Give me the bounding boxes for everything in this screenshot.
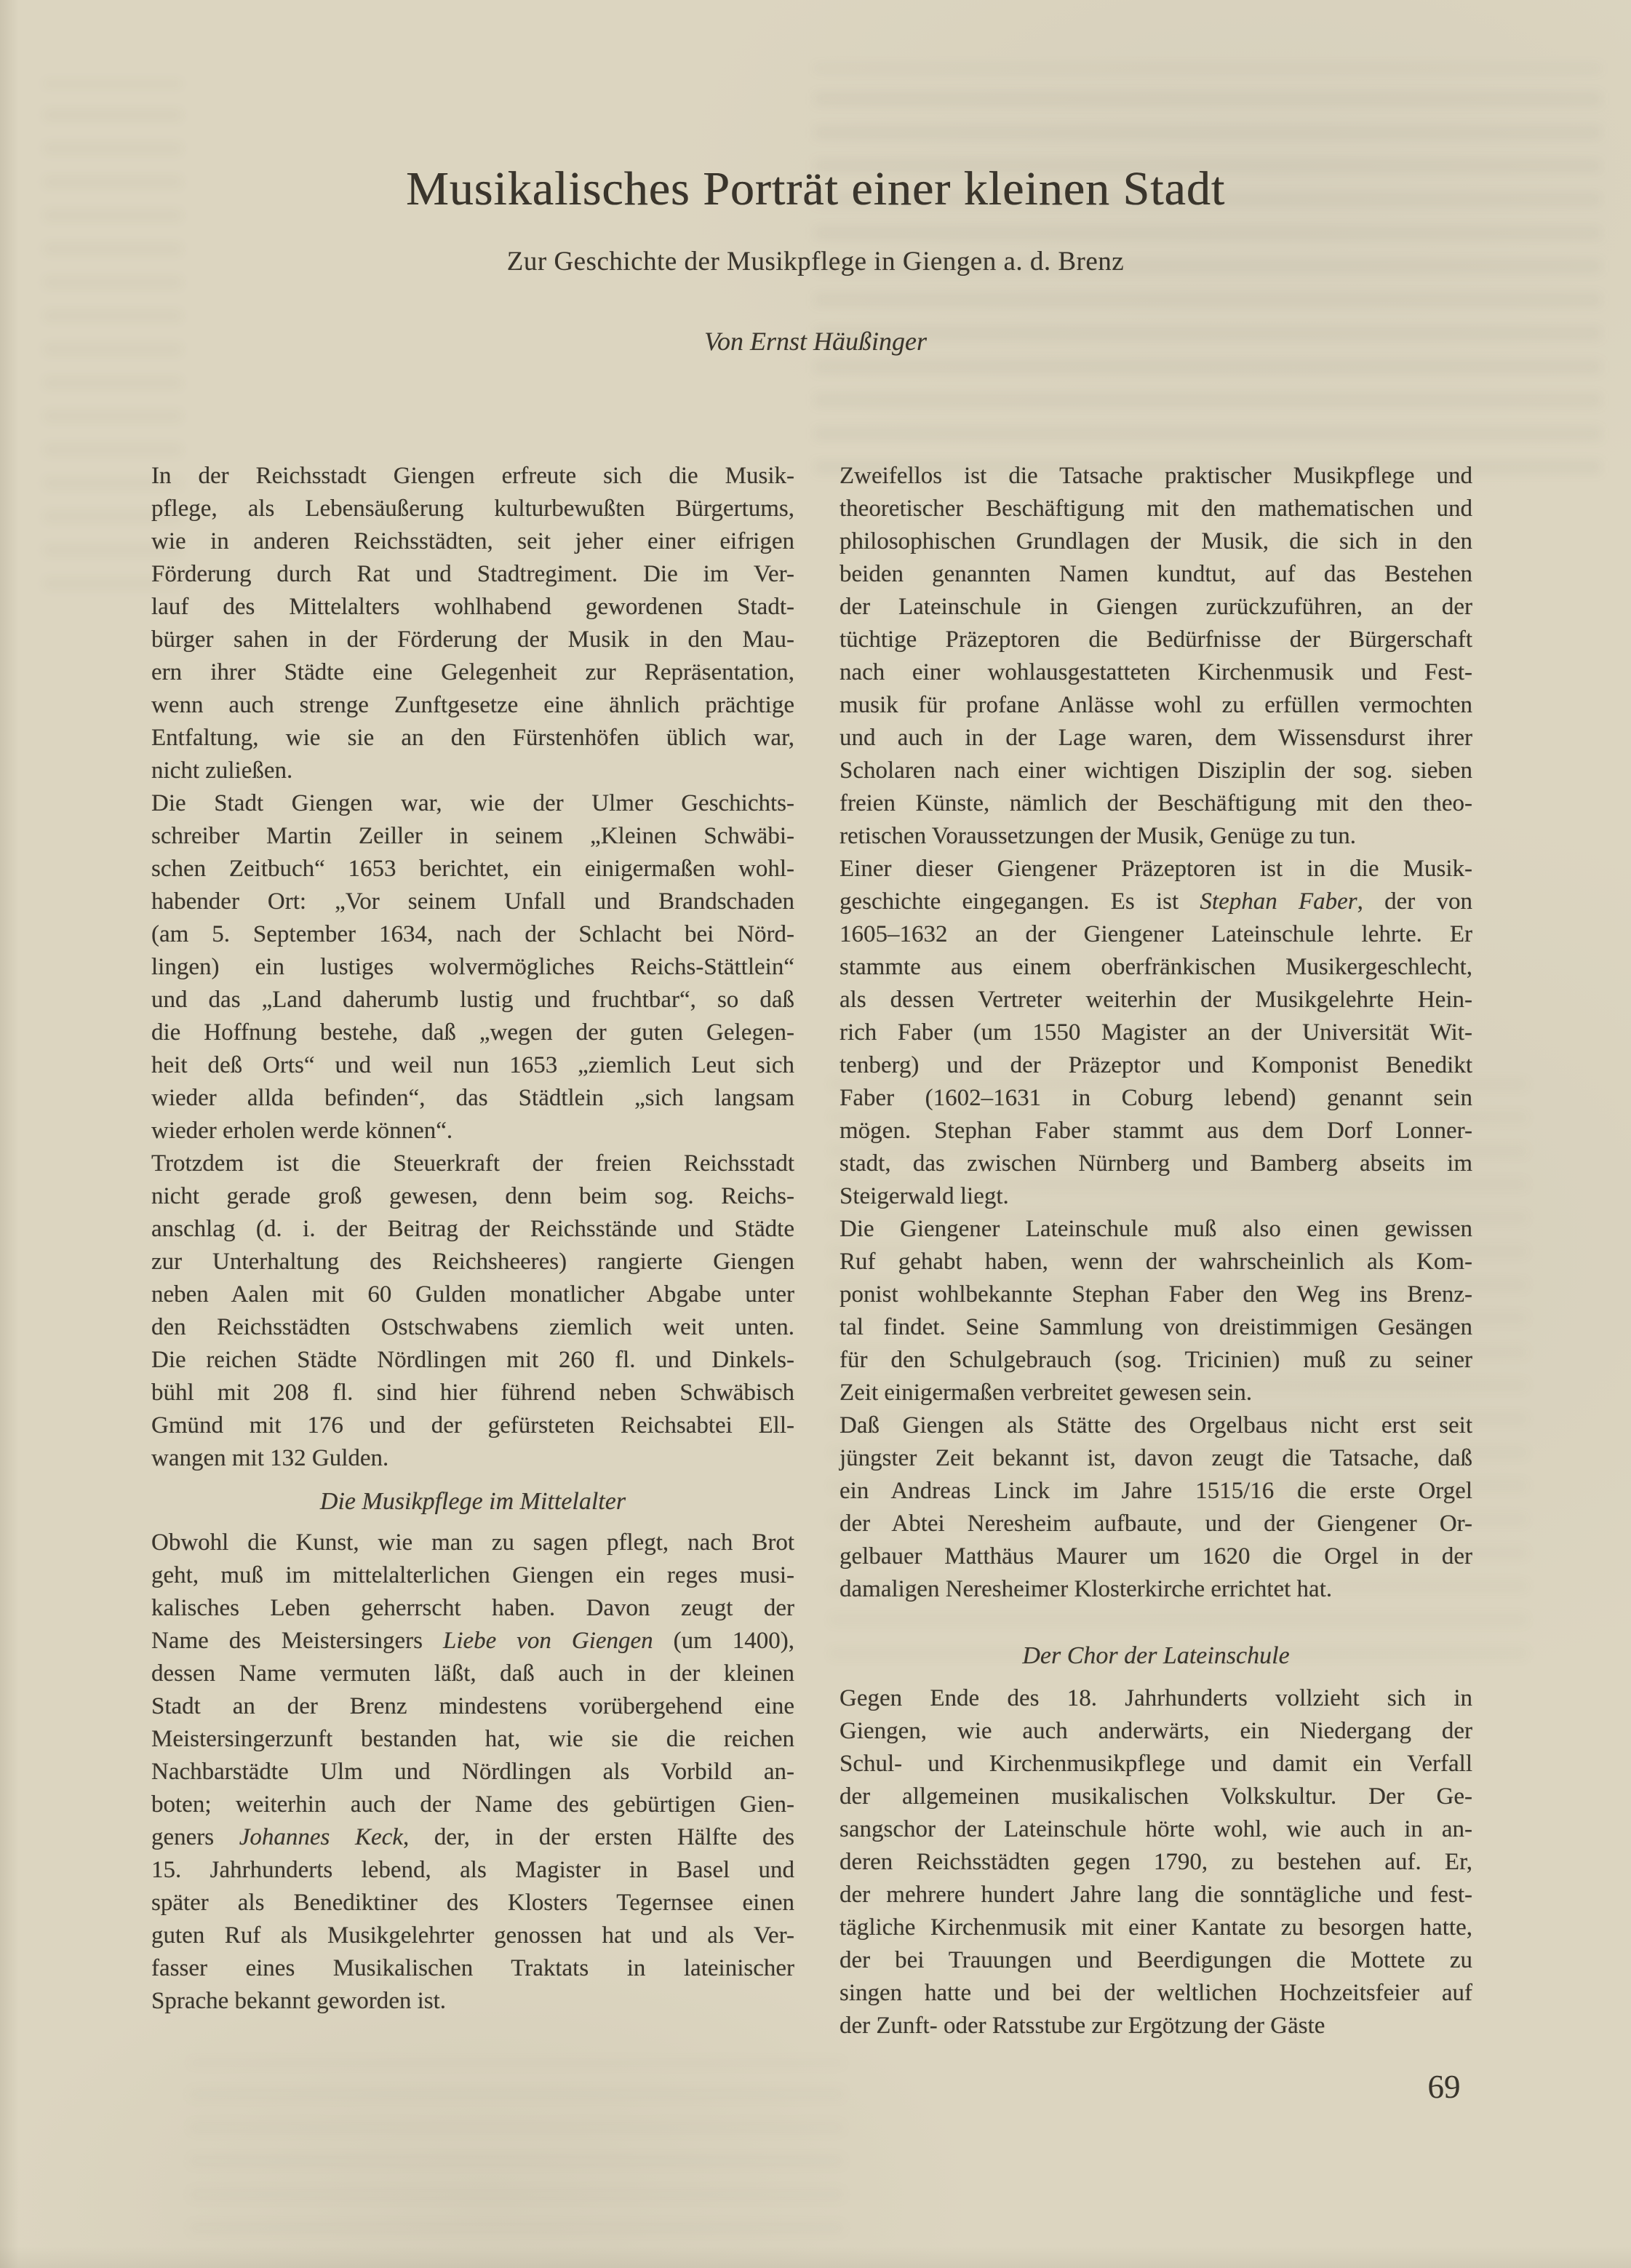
text-line: musik für profane Anlässe wohl zu erfüll… bbox=[840, 689, 1472, 722]
section-heading: Der Chor der Lateinschule bbox=[840, 1639, 1472, 1672]
text-line: und auch in der Lage waren, dem Wissensd… bbox=[840, 722, 1472, 755]
text-line: schreiber Martin Zeiller in seinem „Klei… bbox=[151, 820, 794, 853]
text-line: Schul- und Kirchenmusikpflege und damit … bbox=[840, 1748, 1472, 1780]
text-line: anschlag (d. i. der Beitrag der Reichsst… bbox=[151, 1213, 794, 1246]
text-line: kalisches Leben geherrscht haben. Davon … bbox=[151, 1592, 794, 1625]
text-line: die Hoffnung bestehe, daß „wegen der gut… bbox=[151, 1016, 794, 1049]
text-line: gelbauer Matthäus Maurer um 1620 die Org… bbox=[840, 1540, 1472, 1573]
text-line: geschichte eingegangen. Es ist Stephan F… bbox=[840, 886, 1472, 918]
text-line: ern ihrer Städte eine Gelegenheit zur Re… bbox=[151, 656, 794, 689]
text-line: philosophischen Grundlagen der Musik, di… bbox=[840, 525, 1472, 558]
text-line: Die Giengener Lateinschule muß also eine… bbox=[840, 1213, 1472, 1246]
text-line: tägliche Kirchenmusik mit einer Kantate … bbox=[840, 1911, 1472, 1944]
text-line: rich Faber (um 1550 Magister an der Univ… bbox=[840, 1016, 1472, 1049]
page-showthrough-artifact bbox=[189, 2059, 844, 2234]
text-line: Einer dieser Giengener Präzeptoren ist i… bbox=[840, 853, 1472, 886]
text-line: schen Zeitbuch“ 1653 berichtet, ein eini… bbox=[151, 853, 794, 886]
text-line: Ruf gehabt haben, wenn der wahrscheinlic… bbox=[840, 1246, 1472, 1278]
text-line: dessen Name vermuten läßt, daß auch in d… bbox=[151, 1658, 794, 1690]
text-line: ponist wohlbekannte Stephan Faber den We… bbox=[840, 1278, 1472, 1311]
text-line: 15. Jahrhunderts lebend, als Magister in… bbox=[151, 1854, 794, 1887]
text-line: Steigerwald liegt. bbox=[840, 1180, 1472, 1213]
text-line: nicht zuließen. bbox=[151, 755, 794, 787]
text-line: der Lateinschule in Giengen zurückzuführ… bbox=[840, 591, 1472, 624]
text-line: Scholaren nach einer wichtigen Disziplin… bbox=[840, 755, 1472, 787]
text-line: Gmünd mit 176 und der gefürsteten Reichs… bbox=[151, 1409, 794, 1442]
text-column-right: Zweifellos ist die Tatsache praktischer … bbox=[840, 460, 1472, 2042]
text-line: nicht gerade groß gewesen, denn beim sog… bbox=[151, 1180, 794, 1213]
text-line: Nachbarstädte Ulm und Nördlingen als Vor… bbox=[151, 1756, 794, 1788]
text-line: 1605–1632 an der Giengener Lateinschule … bbox=[840, 918, 1472, 951]
text-line: den Reichsstädten Ostschwabens ziemlich … bbox=[151, 1311, 794, 1344]
text-line: geners Johannes Keck, der, in der ersten… bbox=[151, 1821, 794, 1854]
text-line: In der Reichsstadt Giengen erfreute sich… bbox=[151, 460, 794, 493]
text-line: stadt, das zwischen Nürnberg und Bamberg… bbox=[840, 1147, 1472, 1180]
section-heading: Die Musikpflege im Mittelalter bbox=[151, 1485, 794, 1518]
text-line: später als Benediktiner des Klosters Teg… bbox=[151, 1887, 794, 1919]
text-line: Obwohl die Kunst, wie man zu sagen pfleg… bbox=[151, 1527, 794, 1559]
text-line: stammte aus einem oberfränkischen Musike… bbox=[840, 951, 1472, 984]
text-line: theoretischer Beschäftigung mit den math… bbox=[840, 493, 1472, 525]
text-line: Zeit einigermaßen verbreitet gewesen sei… bbox=[840, 1377, 1472, 1409]
text-line: geht, muß im mittelalterlichen Giengen e… bbox=[151, 1559, 794, 1592]
text-line: singen hatte und bei der weltlichen Hoch… bbox=[840, 1977, 1472, 2010]
text-line: guten Ruf als Musikgelehrter genossen ha… bbox=[151, 1919, 794, 1952]
text-line: Name des Meistersingers Liebe von Gienge… bbox=[151, 1625, 794, 1658]
text-line: damaligen Neresheimer Klosterkirche erri… bbox=[840, 1573, 1472, 1606]
text-line: Daß Giengen als Stätte des Orgelbaus nic… bbox=[840, 1409, 1472, 1442]
text-line: jüngster Zeit bekannt ist, davon zeugt d… bbox=[840, 1442, 1472, 1475]
text-line: Entfaltung, wie sie an den Fürstenhöfen … bbox=[151, 722, 794, 755]
text-line: tal findet. Seine Sammlung von dreistimm… bbox=[840, 1311, 1472, 1344]
text-line: Förderung durch Rat und Stadtregiment. D… bbox=[151, 558, 794, 591]
text-line: der mehrere hundert Jahre lang die sonnt… bbox=[840, 1879, 1472, 1911]
text-line: wieder erholen werde können“. bbox=[151, 1115, 794, 1147]
page-title: Musikalisches Porträt einer kleinen Stad… bbox=[0, 162, 1631, 217]
text-line: nach einer wohlausgestatteten Kirchenmus… bbox=[840, 656, 1472, 689]
text-line: wangen mit 132 Gulden. bbox=[151, 1442, 794, 1475]
text-line: lingen) ein lustiges wolvermögliches Rei… bbox=[151, 951, 794, 984]
text-line: habender Ort: „Vor seinem Unfall und Bra… bbox=[151, 886, 794, 918]
text-line: (am 5. September 1634, nach der Schlacht… bbox=[151, 918, 794, 951]
text-line: zur Unterhaltung des Reichsheeres) rangi… bbox=[151, 1246, 794, 1278]
text-line: wenn auch strenge Zunftgesetze eine ähnl… bbox=[151, 689, 794, 722]
text-line: boten; weiterhin auch der Name des gebür… bbox=[151, 1788, 794, 1821]
text-line: mögen. Stephan Faber stammt aus dem Dorf… bbox=[840, 1115, 1472, 1147]
text-line: der Zunft- oder Ratsstube zur Ergötzung … bbox=[840, 2010, 1472, 2042]
text-line: Zweifellos ist die Tatsache praktischer … bbox=[840, 460, 1472, 493]
text-line: der allgemeinen musikalischen Volkskultu… bbox=[840, 1780, 1472, 1813]
text-line: wie in anderen Reichsstädten, seit jeher… bbox=[151, 525, 794, 558]
text-line: Faber (1602–1631 in Coburg lebend) genan… bbox=[840, 1082, 1472, 1115]
text-line: lauf des Mittelalters wohlhabend geworde… bbox=[151, 591, 794, 624]
text-line: tüchtige Präzeptoren die Bedürfnisse der… bbox=[840, 624, 1472, 656]
text-line: als dessen Vertreter weiterhin der Musik… bbox=[840, 984, 1472, 1016]
text-line: neben Aalen mit 60 Gulden monatlicher Ab… bbox=[151, 1278, 794, 1311]
text-line: heit deß Orts“ und weil nun 1653 „ziemli… bbox=[151, 1049, 794, 1082]
text-line: bürger sahen in der Förderung der Musik … bbox=[151, 624, 794, 656]
text-line: freien Künste, nämlich der Beschäftigung… bbox=[840, 787, 1472, 820]
text-line: retischen Voraussetzungen der Musik, Gen… bbox=[840, 820, 1472, 853]
text-line: fasser eines Musikalischen Traktats in l… bbox=[151, 1952, 794, 1985]
text-line: tenberg) und der Präzeptor und Komponist… bbox=[840, 1049, 1472, 1082]
author-line: Von Ernst Häußinger bbox=[0, 326, 1631, 357]
page-subtitle: Zur Geschichte der Musikpflege in Gienge… bbox=[0, 246, 1631, 277]
text-line: bühl mit 208 fl. sind hier führend neben… bbox=[151, 1377, 794, 1409]
text-line: Trotzdem ist die Steuerkraft der freien … bbox=[151, 1147, 794, 1180]
text-line: Stadt an der Brenz mindestens vorübergeh… bbox=[151, 1690, 794, 1723]
text-line: pflege, als Lebensäußerung kulturbewußte… bbox=[151, 493, 794, 525]
text-line: Die reichen Städte Nördlingen mit 260 fl… bbox=[151, 1344, 794, 1377]
text-column-left: In der Reichsstadt Giengen erfreute sich… bbox=[151, 460, 794, 2018]
text-line: der Abtei Neresheim aufbaute, und der Gi… bbox=[840, 1508, 1472, 1540]
text-line: deren Reichsstädten gegen 1790, zu beste… bbox=[840, 1846, 1472, 1879]
text-line: Die Stadt Giengen war, wie der Ulmer Ges… bbox=[151, 787, 794, 820]
text-line: ein Andreas Linck im Jahre 1515/16 die e… bbox=[840, 1475, 1472, 1508]
text-line: Sprache bekannt geworden ist. bbox=[151, 1985, 794, 2018]
scanned-page: Musikalisches Porträt einer kleinen Stad… bbox=[0, 0, 1631, 2268]
text-line: und das „Land daherumb lustig und frucht… bbox=[151, 984, 794, 1016]
text-line: sangschor der Lateinschule hörte wohl, w… bbox=[840, 1813, 1472, 1846]
text-line: Giengen, wie auch anderwärts, ein Nieder… bbox=[840, 1715, 1472, 1748]
text-line: für den Schulgebrauch (sog. Tricinien) m… bbox=[840, 1344, 1472, 1377]
text-line: Gegen Ende des 18. Jahrhunderts vollzieh… bbox=[840, 1682, 1472, 1715]
text-line: wieder allda befinden“, das Städtlein „s… bbox=[151, 1082, 794, 1115]
text-line: der bei Trauungen und Beerdigungen die M… bbox=[840, 1944, 1472, 1977]
text-line: Meistersingerzunft bestanden hat, wie si… bbox=[151, 1723, 794, 1756]
text-line: beiden genannten Namen kundtut, auf das … bbox=[840, 558, 1472, 591]
page-number: 69 bbox=[1404, 2068, 1484, 2106]
